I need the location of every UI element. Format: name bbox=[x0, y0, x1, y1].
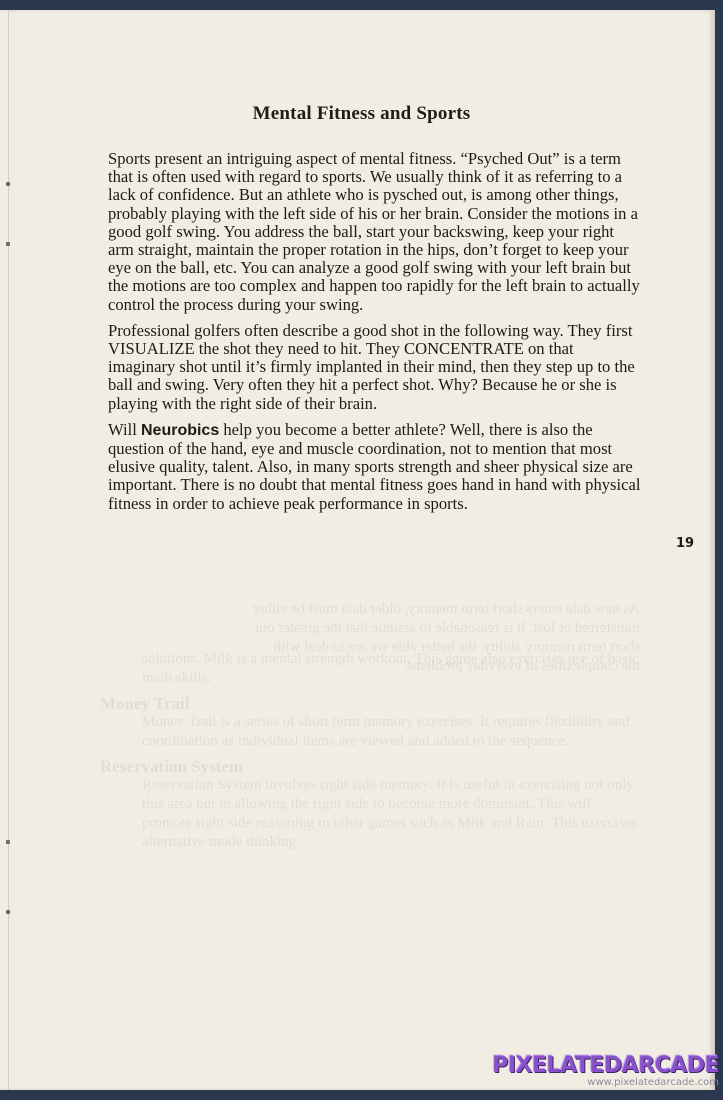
ghost-section-heading: Money Trail bbox=[100, 694, 640, 713]
ghost-section-body: Money Trail is a series of short term me… bbox=[100, 713, 640, 751]
paragraph: Sports present an intriguing aspect of m… bbox=[108, 150, 643, 314]
page-title: Mental Fitness and Sports bbox=[0, 103, 723, 125]
bleed-through-text: As new data enters short term memory, ol… bbox=[100, 600, 640, 676]
paragraph-prefix: Will bbox=[108, 420, 141, 439]
ghost-section-heading: Reservation System bbox=[100, 757, 640, 776]
staple-mark bbox=[6, 182, 10, 186]
staple-mark bbox=[6, 910, 10, 914]
ghost-line: the complexities of everyday problems. bbox=[100, 657, 640, 676]
ghost-section-body: solutions. Milk is a mental strength wor… bbox=[100, 650, 640, 688]
watermark-url: www.pixelatedarcade.com bbox=[492, 1077, 719, 1088]
paragraph: Will Neurobics help you become a better … bbox=[108, 421, 643, 513]
ghost-line: short term memory ability, the better ab… bbox=[100, 638, 640, 657]
article-body: Sports present an intriguing aspect of m… bbox=[108, 150, 643, 521]
bleed-through-sections: solutions. Milk is a mental strength wor… bbox=[100, 650, 640, 852]
spine-fold-line bbox=[8, 10, 9, 1090]
ghost-section-body: Reservation System involves right side m… bbox=[100, 776, 640, 852]
page-number: 19 bbox=[676, 536, 694, 551]
watermark-logo: PIXELATEDARCADE bbox=[492, 1055, 719, 1077]
watermark: PIXELATEDARCADE www.pixelatedarcade.com bbox=[492, 1055, 719, 1088]
neurobics-emphasis: Neurobics bbox=[141, 422, 219, 439]
staple-mark bbox=[6, 242, 10, 246]
page-edge bbox=[710, 10, 715, 1090]
paragraph: Professional golfers often describe a go… bbox=[108, 322, 643, 413]
staple-mark bbox=[6, 840, 10, 844]
ghost-line: As new data enters short term memory, ol… bbox=[100, 600, 640, 619]
ghost-line: transferred or lost. It is reasonable to… bbox=[100, 619, 640, 638]
